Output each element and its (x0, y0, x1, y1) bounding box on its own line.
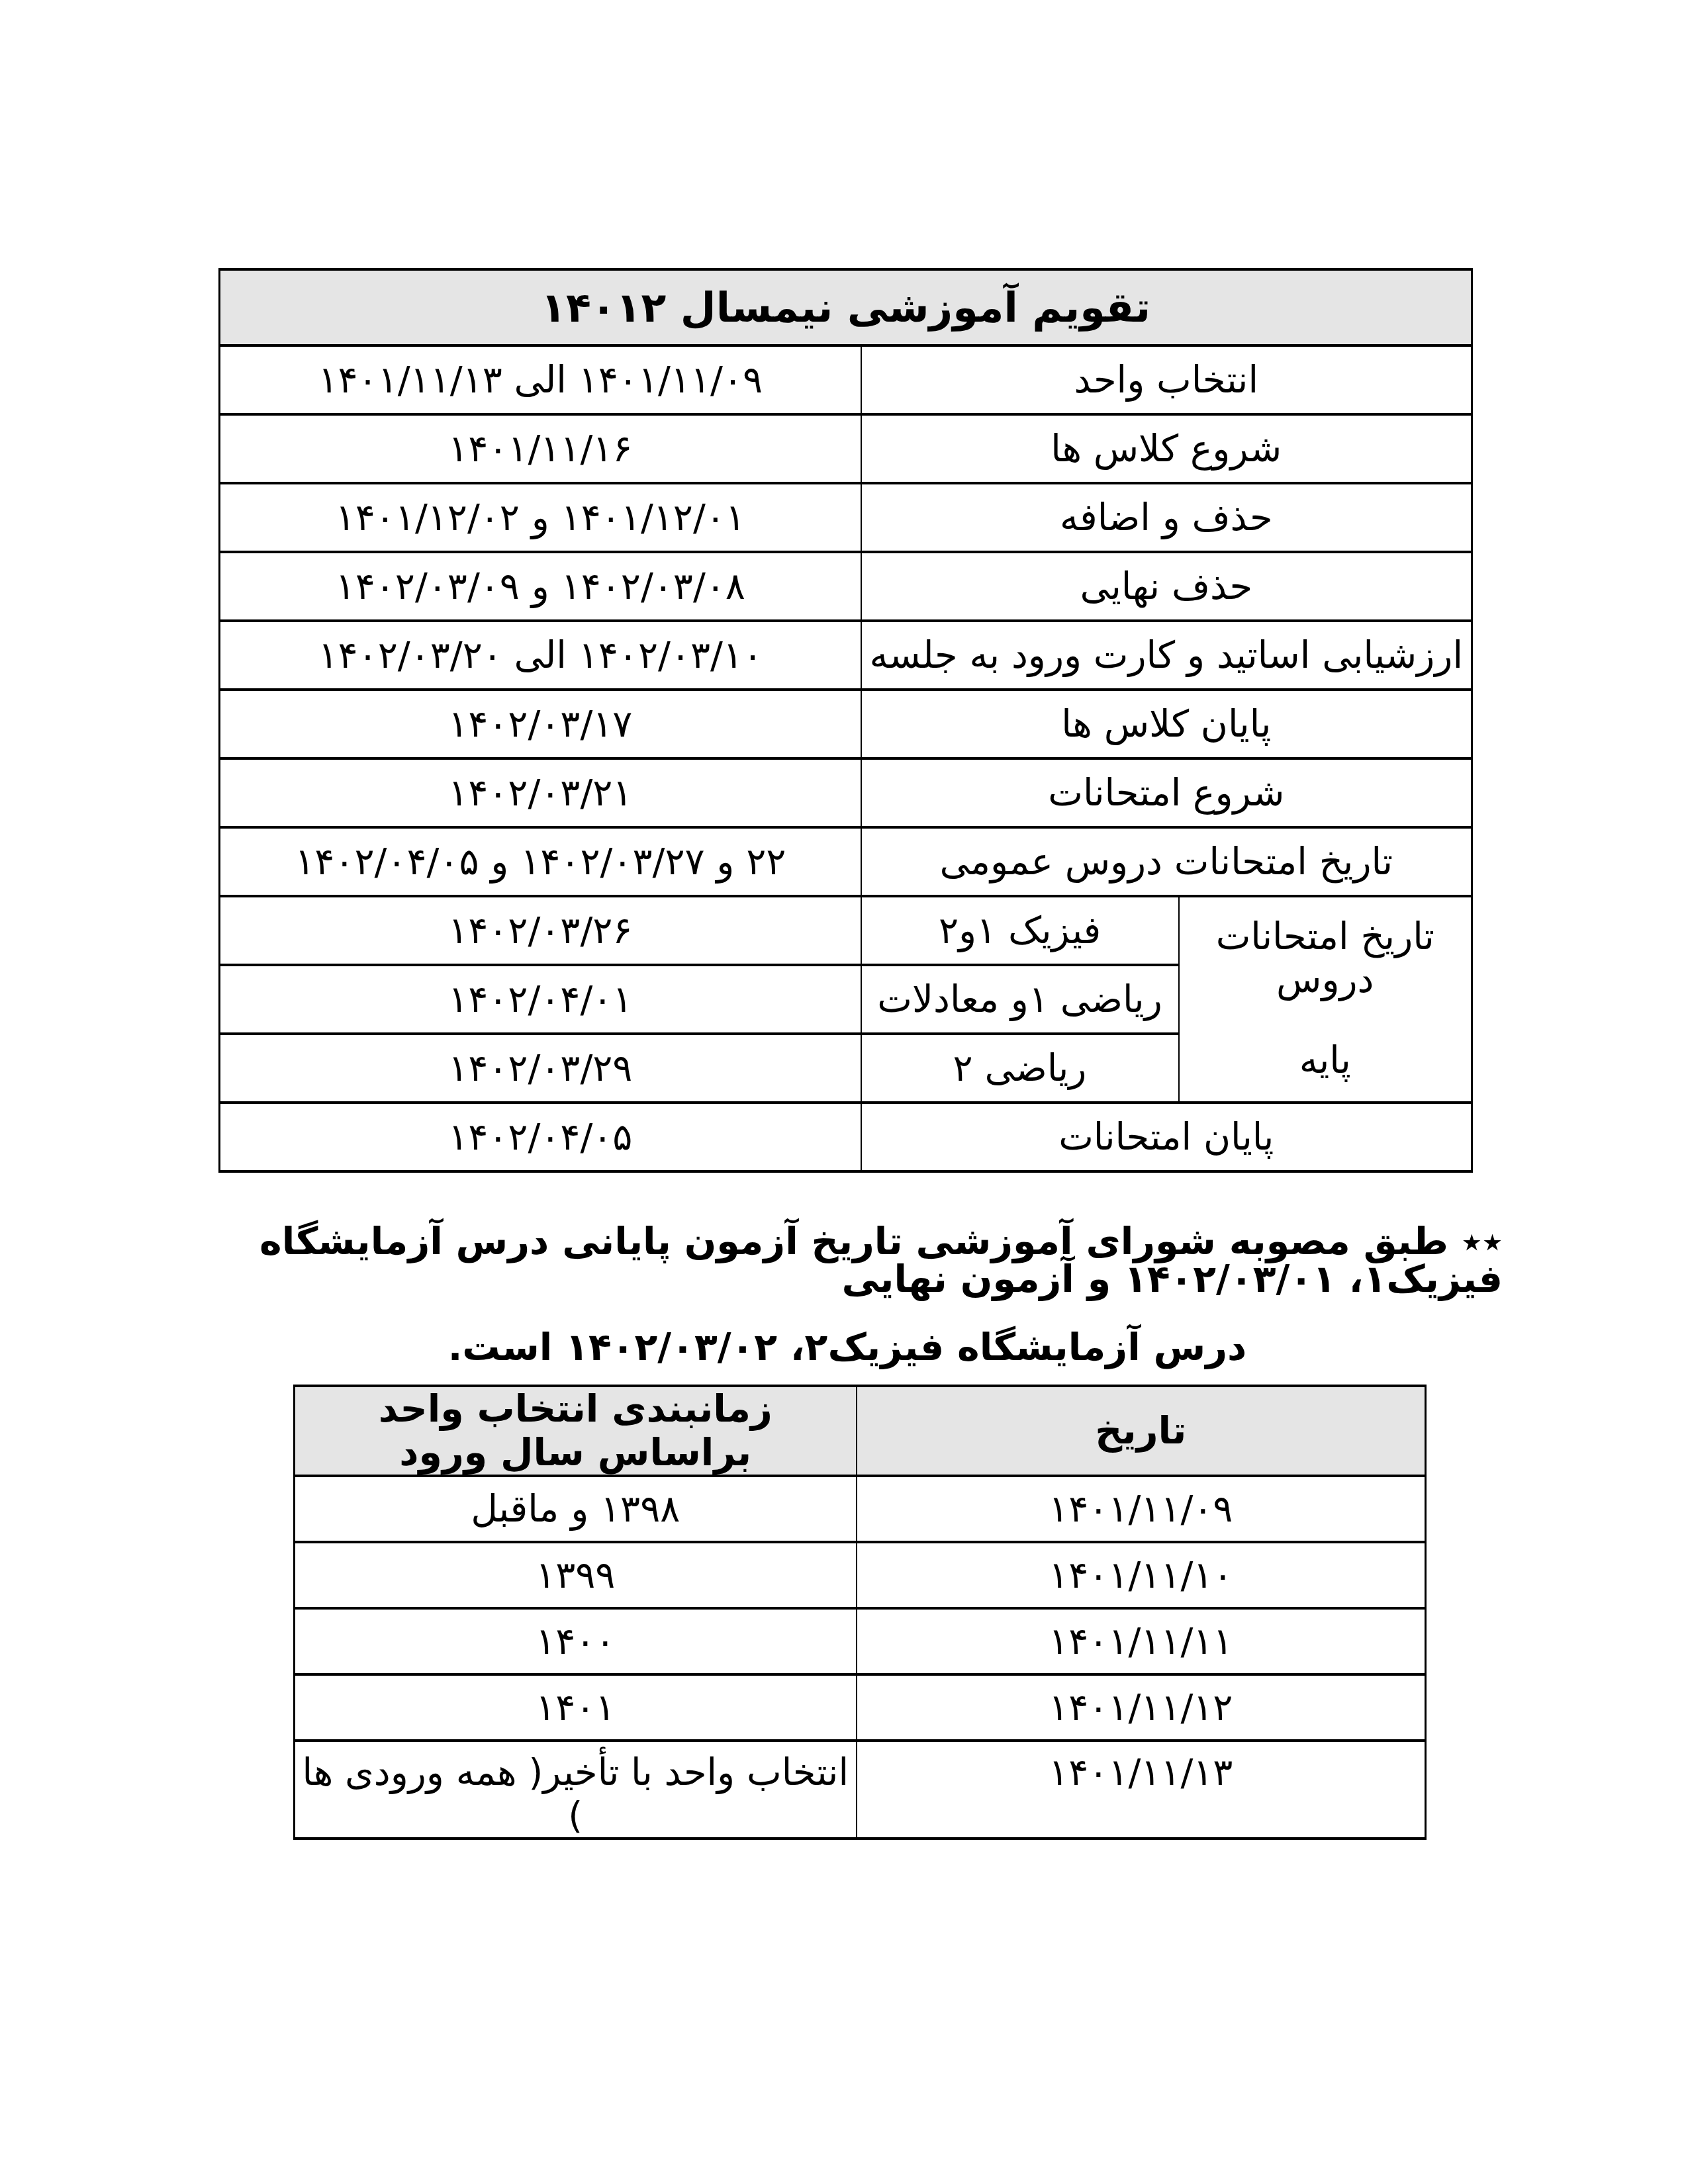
footnote-line2: درس آزمایشگاه فیزیک۲، ۱۴۰۲/۰۳/۰۲ است. (192, 1329, 1503, 1367)
schedule-header-date: تاریخ (857, 1386, 1426, 1476)
schedule-entry-year: ۱۴۰۰ (295, 1608, 857, 1674)
footnote: ٭٭ طبق مصوبه شورای آموزشی تاریخ آزمون پا… (192, 1223, 1503, 1367)
row-label: حذف و اضافه (861, 483, 1472, 552)
course-name: ریاضی ۱و معادلات (861, 965, 1179, 1034)
group-label-line1: تاریخ امتحانات دروس (1180, 916, 1472, 1001)
row-label: تاریخ امتحانات دروس عمومی (861, 827, 1472, 896)
group-label-line2: پایه (1180, 1040, 1472, 1082)
table-row: تاریخ امتحانات دروس عمومی ۲۲ و ۱۴۰۲/۰۳/۲… (220, 827, 1472, 896)
row-value: ۱۴۰۲/۰۳/۲۱ (220, 758, 861, 827)
row-value: ۱۴۰۱/۱۱/۱۶ (220, 414, 861, 483)
course-name: فیزیک ۱و۲ (861, 896, 1179, 965)
schedule-entry-year: ۱۳۹۹ (295, 1542, 857, 1608)
table-row: حذف نهایی ۱۴۰۲/۰۳/۰۸ و ۱۴۰۲/۰۳/۰۹ (220, 552, 1472, 621)
row-label: انتخاب واحد (861, 345, 1472, 414)
schedule-header-entry-year: زمانبندی انتخاب واحد براساس سال ورود (295, 1386, 857, 1476)
table-row: حذف و اضافه ۱۴۰۱/۱۲/۰۱ و ۱۴۰۱/۱۲/۰۲ (220, 483, 1472, 552)
table-row: پایان امتحانات ۱۴۰۲/۰۴/۰۵ (220, 1103, 1472, 1171)
table-row: ۱۴۰۱/۱۱/۱۰ ۱۳۹۹ (295, 1542, 1426, 1608)
table-row: ۱۴۰۱/۱۱/۱۳ انتخاب واحد با تأخیر( همه ورو… (295, 1741, 1426, 1839)
table-row: ۱۴۰۱/۱۱/۱۱ ۱۴۰۰ (295, 1608, 1426, 1674)
schedule-entry-year: ۱۳۹۸ و ماقبل (295, 1476, 857, 1542)
schedule-date: ۱۴۰۱/۱۱/۱۱ (857, 1608, 1426, 1674)
row-label: شروع کلاس ها (861, 414, 1472, 483)
document-page: تقویم آموزشی نیمسال ۱۴۰۱۲ انتخاب واحد ۱۴… (0, 0, 1688, 2184)
course-name: ریاضی ۲ (861, 1034, 1179, 1103)
row-label: حذف نهایی (861, 552, 1472, 621)
row-value: ۱۴۰۲/۰۳/۰۸ و ۱۴۰۲/۰۳/۰۹ (220, 552, 861, 621)
basic-exams-group-label: تاریخ امتحانات دروس پایه (1179, 896, 1472, 1103)
course-date: ۱۴۰۲/۰۳/۲۹ (220, 1034, 861, 1103)
table-row: انتخاب واحد ۱۴۰۱/۱۱/۰۹ الی ۱۴۰۱/۱۱/۱۳ (220, 345, 1472, 414)
calendar-title: تقویم آموزشی نیمسال ۱۴۰۱۲ (220, 269, 1472, 345)
schedule-date: ۱۴۰۱/۱۱/۱۰ (857, 1542, 1426, 1608)
table-row: شروع کلاس ها ۱۴۰۱/۱۱/۱۶ (220, 414, 1472, 483)
row-label: پایان امتحانات (861, 1103, 1472, 1171)
schedule-date: ۱۴۰۱/۱۱/۱۲ (857, 1674, 1426, 1741)
table-row: تاریخ امتحانات دروس پایه فیزیک ۱و۲ ۱۴۰۲/… (220, 896, 1472, 965)
schedule-entry-year: انتخاب واحد با تأخیر( همه ورودی ها ) (295, 1741, 857, 1839)
schedule-header-row: تاریخ زمانبندی انتخاب واحد براساس سال ور… (295, 1386, 1426, 1476)
academic-calendar-table: تقویم آموزشی نیمسال ۱۴۰۱۲ انتخاب واحد ۱۴… (218, 268, 1473, 1173)
table-row: ۱۴۰۱/۱۱/۱۲ ۱۴۰۱ (295, 1674, 1426, 1741)
row-value: ۱۴۰۱/۱۱/۰۹ الی ۱۴۰۱/۱۱/۱۳ (220, 345, 861, 414)
unit-selection-schedule-table: تاریخ زمانبندی انتخاب واحد براساس سال ور… (293, 1385, 1427, 1840)
schedule-entry-year: ۱۴۰۱ (295, 1674, 857, 1741)
table-row: ارزشیابی اساتید و کارت ورود به جلسه ۱۴۰۲… (220, 621, 1472, 690)
calendar-header-row: تقویم آموزشی نیمسال ۱۴۰۱۲ (220, 269, 1472, 345)
row-label: شروع امتحانات (861, 758, 1472, 827)
table-row: شروع امتحانات ۱۴۰۲/۰۳/۲۱ (220, 758, 1472, 827)
row-label: ارزشیابی اساتید و کارت ورود به جلسه (861, 621, 1472, 690)
course-date: ۱۴۰۲/۰۳/۲۶ (220, 896, 861, 965)
schedule-date: ۱۴۰۱/۱۱/۱۳ (857, 1741, 1426, 1839)
row-value: ۱۴۰۲/۰۳/۱۷ (220, 690, 861, 758)
row-value: ۲۲ و ۱۴۰۲/۰۳/۲۷ و ۱۴۰۲/۰۴/۰۵ (220, 827, 861, 896)
row-value: ۱۴۰۱/۱۲/۰۱ و ۱۴۰۱/۱۲/۰۲ (220, 483, 861, 552)
table-row: پایان کلاس ها ۱۴۰۲/۰۳/۱۷ (220, 690, 1472, 758)
table-row: ۱۴۰۱/۱۱/۰۹ ۱۳۹۸ و ماقبل (295, 1476, 1426, 1542)
footnote-line1: ٭٭ طبق مصوبه شورای آموزشی تاریخ آزمون پا… (192, 1223, 1503, 1298)
row-value: ۱۴۰۲/۰۳/۱۰ الی ۱۴۰۲/۰۳/۲۰ (220, 621, 861, 690)
schedule-date: ۱۴۰۱/۱۱/۰۹ (857, 1476, 1426, 1542)
row-label: پایان کلاس ها (861, 690, 1472, 758)
row-value: ۱۴۰۲/۰۴/۰۵ (220, 1103, 861, 1171)
course-date: ۱۴۰۲/۰۴/۰۱ (220, 965, 861, 1034)
